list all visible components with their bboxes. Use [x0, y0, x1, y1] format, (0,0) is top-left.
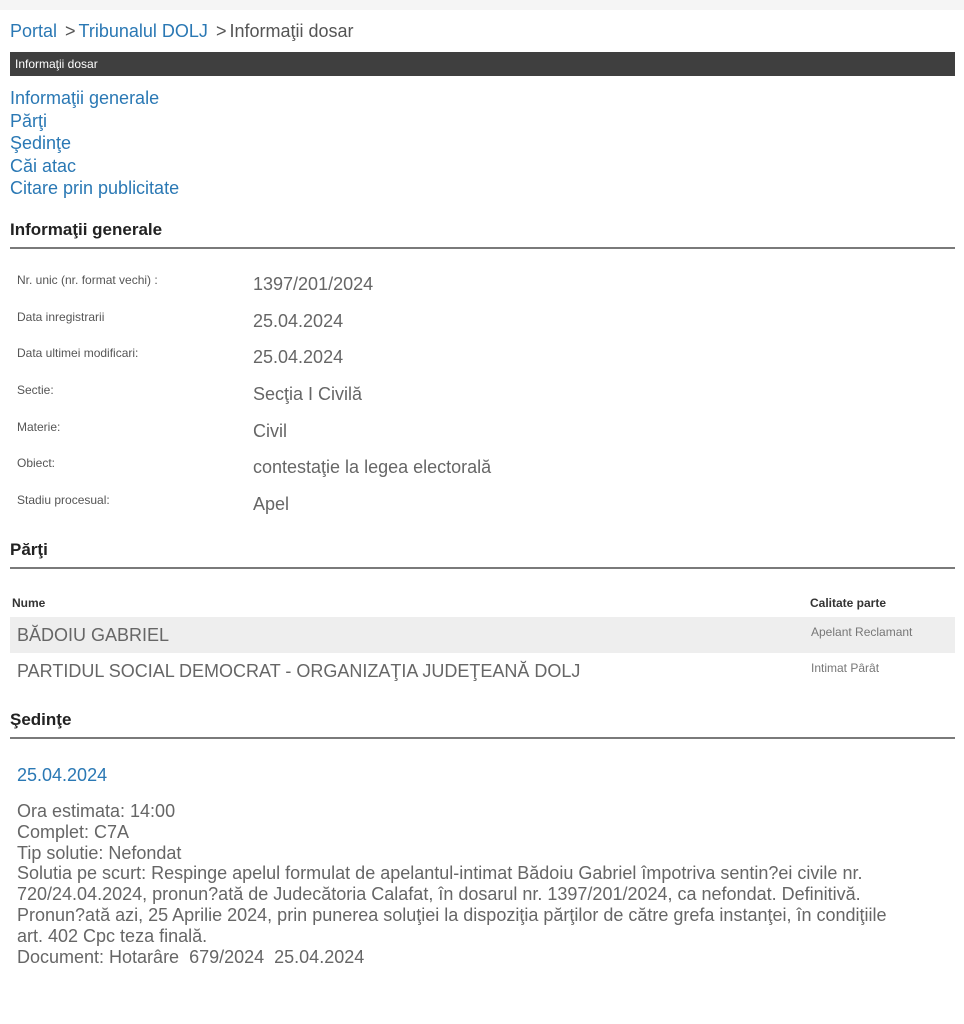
- info-value: Civil: [253, 421, 287, 442]
- breadcrumb-portal-link[interactable]: Portal: [10, 21, 57, 41]
- info-value: 25.04.2024: [253, 311, 343, 332]
- hearing-date-link[interactable]: 25.04.2024: [17, 765, 107, 786]
- info-value: Secţia I Civilă: [253, 384, 362, 405]
- column-header-nume: Nume: [12, 596, 45, 610]
- info-label: Data ultimei modificari:: [17, 346, 138, 360]
- section-title-general-info: Informaţii generale: [10, 219, 955, 249]
- breadcrumb-separator: >: [216, 21, 227, 41]
- hearing-panel: Complet: C7A: [17, 822, 917, 843]
- info-label: Data inregistrarii: [17, 310, 104, 324]
- info-value: Apel: [253, 494, 289, 515]
- page-header-bar: Informaţii dosar: [10, 52, 955, 76]
- nav-link-parti[interactable]: Părţi: [10, 110, 179, 133]
- section-title-parti: Părţi: [10, 539, 955, 569]
- hearing-details: Ora estimata: 14:00 Complet: C7A Tip sol…: [17, 801, 917, 967]
- party-role: Apelant Reclamant: [811, 625, 912, 639]
- info-label: Nr. unic (nr. format vechi) :: [17, 273, 158, 287]
- info-value: 1397/201/2024: [253, 274, 373, 295]
- info-label: Sectie:: [17, 383, 54, 397]
- info-label: Stadiu procesual:: [17, 493, 110, 507]
- nav-link-citare-publicitate[interactable]: Citare prin publicitate: [10, 177, 179, 200]
- info-label: Materie:: [17, 420, 60, 434]
- section-nav: Informaţii generale Părţi Şedinţe Căi at…: [10, 87, 179, 200]
- top-strip: [0, 0, 964, 10]
- info-value: contestaţie la legea electorală: [253, 457, 491, 478]
- info-value: 25.04.2024: [253, 347, 343, 368]
- party-name: BĂDOIU GABRIEL: [17, 625, 169, 646]
- party-role: Intimat Pârât: [811, 661, 879, 675]
- nav-link-sedinte[interactable]: Şedinţe: [10, 132, 179, 155]
- hearing-document: Document: Hotarâre 679/2024 25.04.2024: [17, 947, 917, 968]
- breadcrumb: Portal>Tribunalul DOLJ>Informaţii dosar: [10, 20, 354, 42]
- nav-link-cai-atac[interactable]: Căi atac: [10, 155, 179, 178]
- party-row: PARTIDUL SOCIAL DEMOCRAT - ORGANIZAŢIA J…: [10, 653, 955, 689]
- info-label: Obiect:: [17, 456, 55, 470]
- nav-link-informatii-generale[interactable]: Informaţii generale: [10, 87, 179, 110]
- section-title-sedinte: Şedinţe: [10, 709, 955, 739]
- party-name: PARTIDUL SOCIAL DEMOCRAT - ORGANIZAŢIA J…: [17, 661, 580, 682]
- party-row: BĂDOIU GABRIEL Apelant Reclamant: [10, 617, 955, 653]
- hearing-solution-type: Tip solutie: Nefondat: [17, 843, 917, 864]
- column-header-calitate-parte: Calitate parte: [810, 596, 886, 610]
- breadcrumb-current: Informaţii dosar: [229, 21, 353, 41]
- hearing-estimated-time: Ora estimata: 14:00: [17, 801, 917, 822]
- breadcrumb-separator: >: [65, 21, 76, 41]
- hearing-solution-summary: Solutia pe scurt: Respinge apelul formul…: [17, 863, 917, 946]
- breadcrumb-tribunal-link[interactable]: Tribunalul DOLJ: [79, 21, 208, 41]
